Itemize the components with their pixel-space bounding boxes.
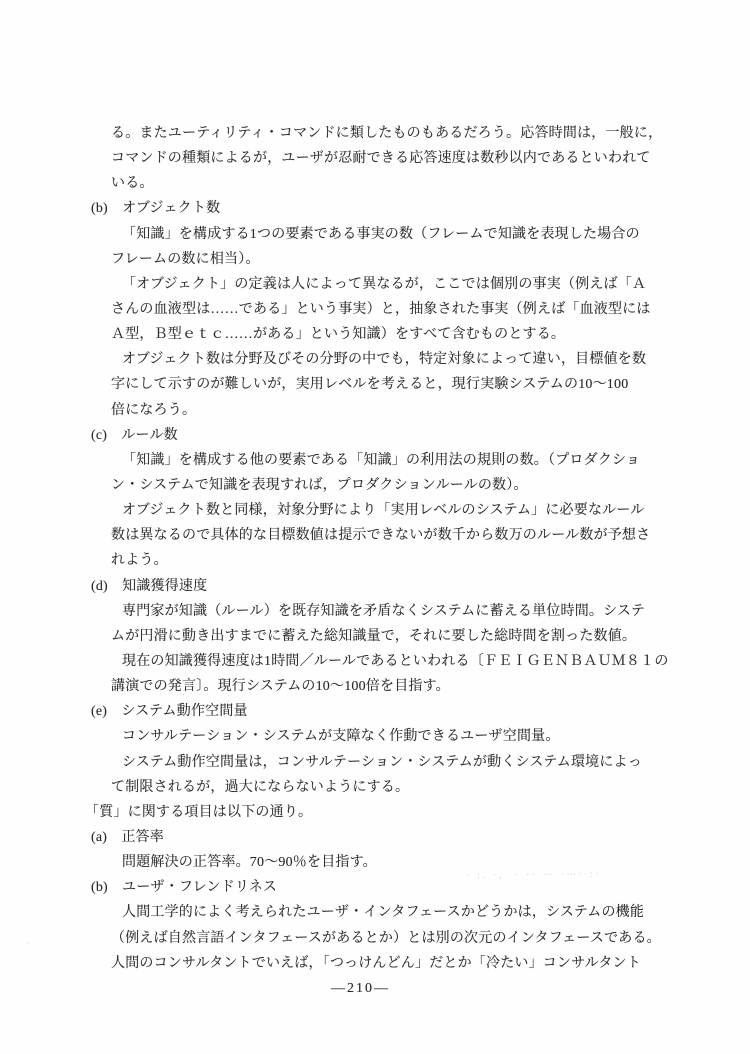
page-number: —210— <box>331 981 390 997</box>
text-line: いる。 <box>85 171 705 196</box>
text-line: (a) 正答率 <box>85 825 705 850</box>
text-line: 「オブジェクト」の定義は人によって異なるが，ここでは個別の事実（例えば「Ａ <box>85 272 705 297</box>
scan-artifact-speck: · <box>27 938 30 948</box>
text-line: (b) ユーザ・フレンドリネス <box>85 875 705 900</box>
text-line: ムが円滑に動き出すまでに蓄えた総知識量で，それに要した総時間を割った数値。 <box>85 624 705 649</box>
text-line: れよう。 <box>85 548 705 573</box>
scanned-document-page: る。またユーティリティ・コマンドに類したものもあるだろう。応答時間は，一般に，コ… <box>0 0 750 1054</box>
text-line: 倍になろう。 <box>85 398 705 423</box>
text-line: る。またユーティリティ・コマンドに類したものもあるだろう。応答時間は，一般に， <box>85 121 705 146</box>
text-line: 「知識」を構成する他の要素である「知識」の利用法の規則の数。（プロダクショ <box>85 448 705 473</box>
text-line: 「質」に関する項目は以下の通り。 <box>85 800 705 825</box>
document-body: る。またユーティリティ・コマンドに類したものもあるだろう。応答時間は，一般に，コ… <box>85 121 705 976</box>
text-line: 字にして示すのが難しいが，実用レベルを考えると，現行実験システムの10～100 <box>85 372 705 397</box>
text-line: (b) オブジェクト数 <box>85 196 705 221</box>
text-line: 専門家が知識（ルール）を既存知識を矛盾なくシステムに蓄える単位時間。システ <box>85 599 705 624</box>
text-line: 現在の知識獲得速度は1時間／ルールであるといわれる〔ＦＥＩＧＥＮＢＡＵＭ８１の <box>85 649 705 674</box>
text-line: システム動作空間量は，コンサルテーション・システムが動くシステム環境によっ <box>85 750 705 775</box>
text-line: フレームの数に相当）。 <box>85 247 705 272</box>
text-line: コマンドの種類によるが，ユーザが忍耐できる応答速度は数秒以内であるといわれて <box>85 146 705 171</box>
text-line: て制限されるが，過大にならないようにする。 <box>85 775 705 800</box>
text-line: コンサルテーション・システムが支障なく作動できるユーザ空間量。 <box>85 724 705 749</box>
text-line: Ａ型，Ｂ型ｅｔｃ……がある」という知識）をすべて含むものとする。 <box>85 322 705 347</box>
text-line: （例えば自然言語インタフェースがあるとか）とは別の次元のインタフェースである。 <box>85 926 705 951</box>
text-line: さんの血液型は……である」という事実）と，抽象された事実（例えば「血液型には <box>85 297 705 322</box>
text-line: 人間のコンサルタントでいえば，「つっけんどん」だとか「冷たい」コンサルタント <box>85 951 705 976</box>
text-line: オブジェクト数と同様，対象分野により「実用レベルのシステム」に必要なルール <box>85 498 705 523</box>
text-line: (d) 知識獲得速度 <box>85 574 705 599</box>
text-line: ン・システムで知識を表現すれば，プロダクションルールの数）。 <box>85 473 705 498</box>
text-line: (e) システム動作空間量 <box>85 699 705 724</box>
text-line: 問題解決の正答率。70～90％を目指す。 <box>85 850 705 875</box>
text-line: 講演での発言〕。現行システムの10～100倍を目指す。 <box>85 674 705 699</box>
text-line: オブジェクト数は分野及びその分野の中でも，特定対象によって違い，目標値を数 <box>85 347 705 372</box>
text-line: (c) ルール数 <box>85 423 705 448</box>
text-line: 数は異なるので具体的な目標数値は提示できないが数千から数万のルール数が予想さ <box>85 523 705 548</box>
text-line: 「知識」を構成する1つの要素である事実の数（フレームで知識を表現した場合の <box>85 222 705 247</box>
text-line: 人間工学的によく考えられたユーザ・インタフェースかどうかは，システムの機能 <box>85 900 705 925</box>
